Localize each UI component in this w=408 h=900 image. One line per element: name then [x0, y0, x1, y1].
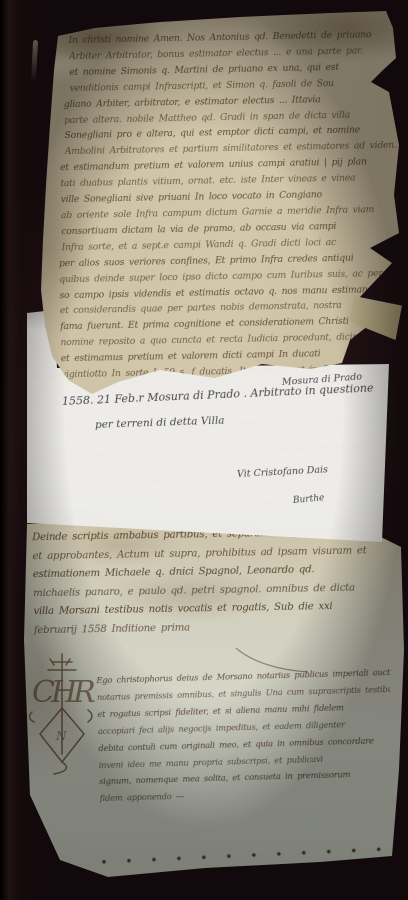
notary-signum: CHR N [22, 650, 100, 780]
signum-flourish [29, 710, 92, 722]
note-signature: Vit Cristofano Dais [237, 464, 329, 480]
signum-letters: CHR [32, 675, 95, 710]
note-subject-line: per terreni di detta Villa [95, 414, 225, 431]
notary-attestation: Ego christophorus deius de Morsano notar… [96, 664, 396, 807]
signum-inner-letter: N [55, 729, 67, 743]
signum-tail [54, 762, 67, 774]
manuscript-scan: Deinde scriptis ambabus partibus, et sep… [0, 0, 408, 900]
arbitration-text: In christi nomine Amen. Nos Antonius qd.… [55, 27, 400, 399]
closing-paragraph: Deinde scriptis ambabus partibus, et sep… [32, 523, 402, 641]
opening-flourish [232, 646, 312, 676]
note-secondary-mark: Burthe [293, 493, 325, 506]
